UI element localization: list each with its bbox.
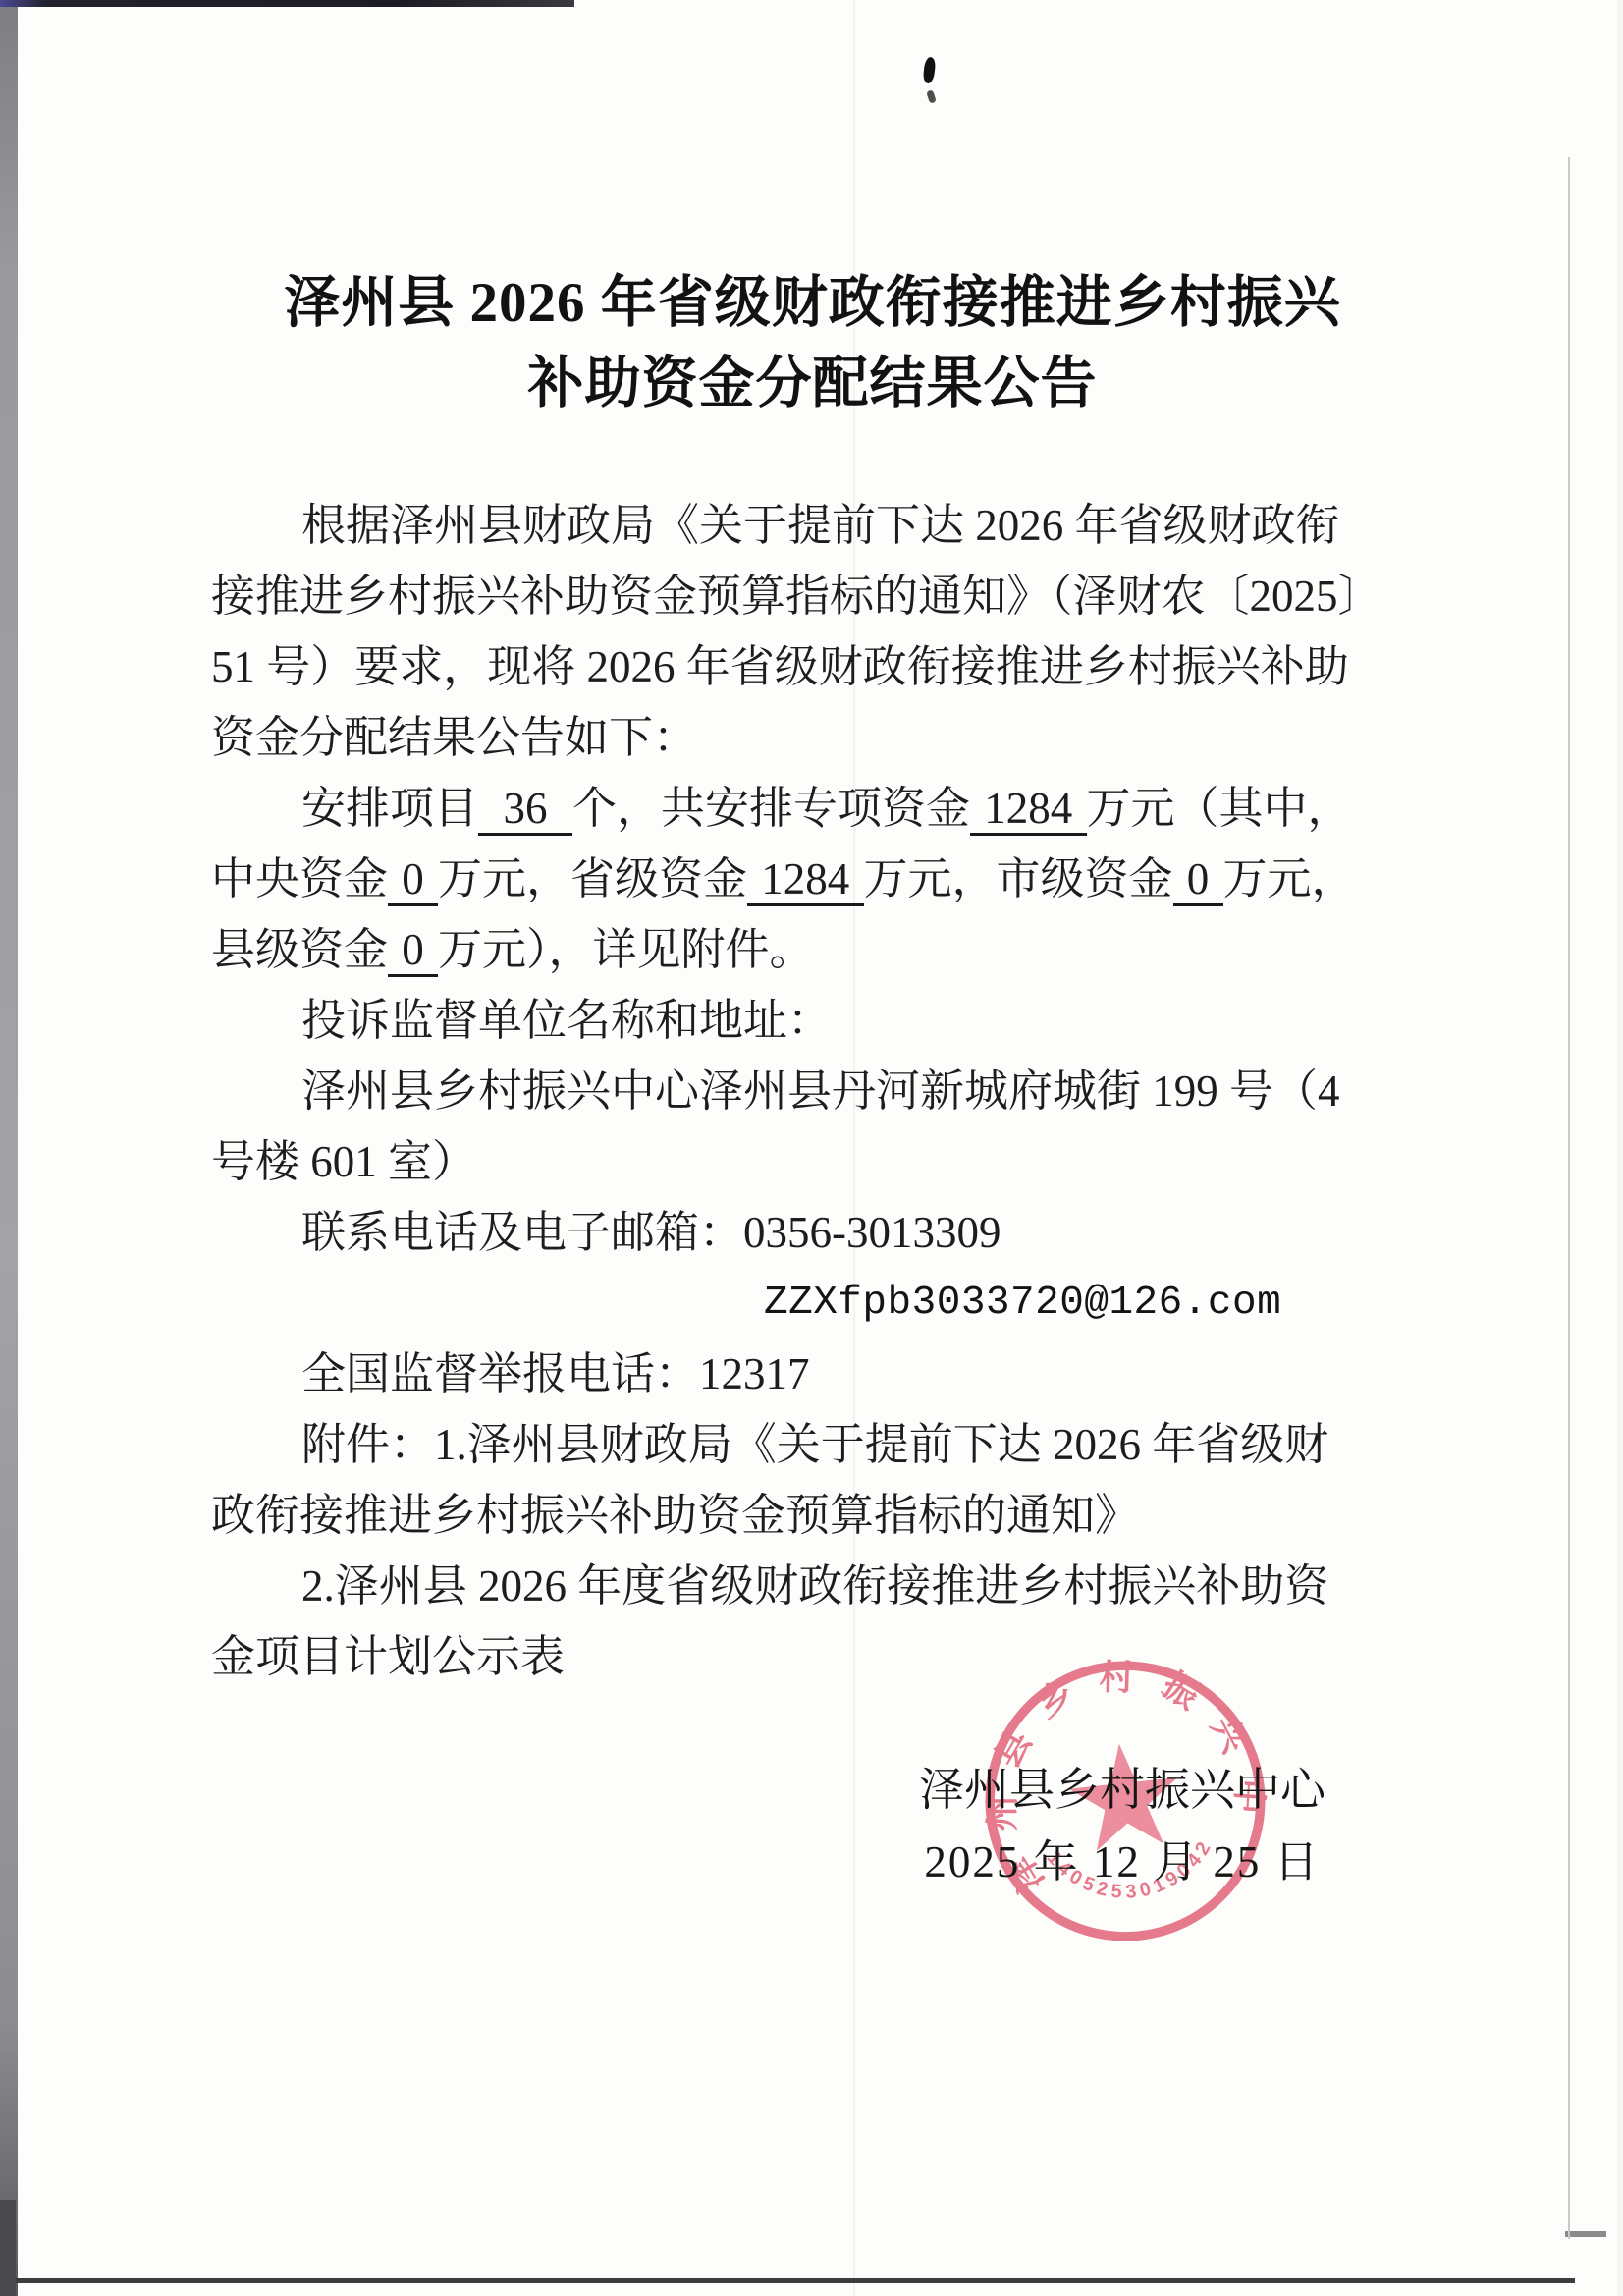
text-run: 政衔接推进乡村振兴补助资金预算指标的通知》 (211, 1491, 1139, 1540)
body-line: 投诉监督单位名称和地址： (211, 985, 1421, 1056)
text-run: 万元， (1223, 854, 1356, 903)
title-line-1: 泽州县 2026 年省级财政衔接推进乡村振兴 (284, 272, 1341, 334)
email-line: ZZXfpb3033720@126.com (211, 1268, 1421, 1339)
body-line: 接推进乡村振兴补助资金预算指标的通知》（泽财农〔2025〕 (211, 561, 1421, 631)
document-content: 泽州县 2026 年省级财政衔接推进乡村振兴补助资金分配结果公告 根据泽州县财政… (0, 0, 1623, 2296)
text-run: 个，共安排专项资金 (572, 784, 970, 833)
title-line-2: 补助资金分配结果公告 (528, 353, 1098, 414)
filled-blank-value: 1284 (970, 784, 1087, 836)
text-run: 联系电话及电子邮箱：0356-3013309 (301, 1208, 1001, 1257)
text-run: 万元，市级资金 (864, 854, 1173, 903)
text-run: 附件：1.泽州县财政局《关于提前下达 2026 年省级财 (301, 1420, 1328, 1469)
text-run: 接推进乡村振兴补助资金预算指标的通知》（泽财农〔2025〕 (211, 572, 1382, 621)
body-line: 联系电话及电子邮箱：0356-3013309 (211, 1197, 1421, 1268)
signature-date: 2025 年 12 月 25 日 (877, 1832, 1368, 1891)
body-line: 根据泽州县财政局《关于提前下达 2026 年省级财政衔 (211, 490, 1421, 561)
text-run: 县级资金 (211, 925, 388, 974)
text-run: 全国监督举报电话：12317 (301, 1349, 810, 1398)
text-run: 万元（其中， (1087, 784, 1352, 833)
text-run: 资金分配结果公告如下： (211, 713, 697, 762)
body-line: 安排项目 36 个，共安排专项资金 1284 万元（其中， (211, 773, 1421, 844)
body-line: 全国监督举报电话：12317 (211, 1339, 1421, 1409)
text-run: 投诉监督单位名称和地址： (301, 996, 832, 1045)
text-run: 2.泽州县 2026 年度省级财政衔接推进乡村振兴补助资 (301, 1561, 1328, 1611)
signature-organization: 泽州县乡村振兴中心 (877, 1760, 1368, 1821)
text-run: 51 号）要求，现将 2026 年省级财政衔接推进乡村振兴补助 (211, 642, 1349, 691)
filled-blank-value: 36 (478, 784, 572, 836)
scanned-announcement-page: 泽州县 2026 年省级财政衔接推进乡村振兴补助资金分配结果公告 根据泽州县财政… (0, 0, 1623, 2296)
body-line: 附件：1.泽州县财政局《关于提前下达 2026 年省级财 (211, 1409, 1421, 1480)
filled-blank-value: 0 (1173, 854, 1223, 906)
filled-blank-value: 0 (388, 925, 438, 977)
text-run: ZZXfpb3033720@126.com (764, 1281, 1281, 1326)
text-run: 根据泽州县财政局《关于提前下达 2026 年省级财政衔 (301, 501, 1340, 550)
body-line: 号楼 601 室） (211, 1126, 1421, 1197)
filled-blank-value: 1284 (747, 854, 864, 906)
text-run: 中央资金 (211, 854, 388, 903)
body-line: 县级资金 0 万元），详见附件。 (211, 914, 1421, 985)
body-line: 政衔接推进乡村振兴补助资金预算指标的通知》 (211, 1480, 1421, 1551)
document-body: 根据泽州县财政局《关于提前下达 2026 年省级财政衔接推进乡村振兴补助资金预算… (211, 490, 1421, 1692)
body-line: 51 号）要求，现将 2026 年省级财政衔接推进乡村振兴补助 (211, 631, 1421, 702)
filled-blank-value: 0 (388, 854, 438, 906)
text-run: 泽州县乡村振兴中心泽州县丹河新城府城街 199 号（4 (301, 1066, 1340, 1116)
document-title: 泽州县 2026 年省级财政衔接推进乡村振兴补助资金分配结果公告 (211, 263, 1414, 424)
text-run: 万元，省级资金 (438, 854, 747, 903)
body-line: 资金分配结果公告如下： (211, 702, 1421, 773)
body-line: 泽州县乡村振兴中心泽州县丹河新城府城街 199 号（4 (211, 1056, 1421, 1126)
text-run: 号楼 601 室） (211, 1137, 476, 1186)
text-run: 万元），详见附件。 (438, 925, 814, 974)
body-line: 中央资金 0 万元，省级资金 1284 万元，市级资金 0 万元， (211, 844, 1421, 914)
body-line: 2.泽州县 2026 年度省级财政衔接推进乡村振兴补助资 (211, 1551, 1421, 1621)
text-run: 金项目计划公示表 (211, 1632, 565, 1681)
text-run: 安排项目 (301, 784, 478, 833)
